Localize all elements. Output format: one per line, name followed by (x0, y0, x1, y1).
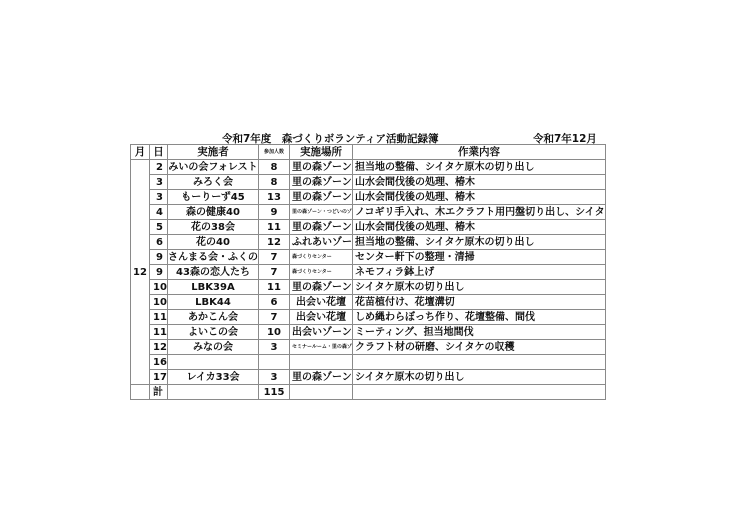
day-cell: 11 (150, 325, 168, 340)
table-row: 16 (131, 355, 606, 370)
work-cell: 花苗植付け、花壇溝切 (353, 295, 606, 310)
day-cell: 5 (150, 220, 168, 235)
table-row: 12みなの会3セミナールーム・里の森ゾーンクラフト材の研磨、シイタケの収穫 (131, 340, 606, 355)
participants-cell: 7 (259, 250, 290, 265)
month-cell: 12 (131, 160, 150, 385)
day-cell: 4 (150, 205, 168, 220)
participants-cell: 3 (259, 370, 290, 385)
work-cell: ネモフィラ鉢上げ (353, 265, 606, 280)
participants-cell (259, 355, 290, 370)
work-cell: センター軒下の整理・清掃 (353, 250, 606, 265)
participants-cell: 11 (259, 280, 290, 295)
location-cell: セミナールーム・里の森ゾーン (290, 340, 353, 355)
work-cell: 担当地の整備、シイタケ原木の切り出し (353, 160, 606, 175)
group-cell: もーりーず45 (168, 190, 259, 205)
col-day: 日 (150, 145, 168, 160)
participants-cell: 10 (259, 325, 290, 340)
day-cell: 16 (150, 355, 168, 370)
participants-cell: 13 (259, 190, 290, 205)
table-row: 11よいこの会10出会いゾーンミーティング、担当地間伐 (131, 325, 606, 340)
table-row: 6花の4012ふれあいゾーン担当地の整備、シイタケ原木の切り出し (131, 235, 606, 250)
work-cell: シイタケ原木の切り出し (353, 370, 606, 385)
table-row: 5花の38会11里の森ゾーン山水会間伐後の処理、椿木 (131, 220, 606, 235)
participants-cell: 7 (259, 265, 290, 280)
table-row: 17レイカ33会3里の森ゾーンシイタケ原木の切り出し (131, 370, 606, 385)
day-cell: 2 (150, 160, 168, 175)
total-location-cell (290, 385, 353, 400)
table-row: 122みいの会フォレスト8里の森ゾーン担当地の整備、シイタケ原木の切り出し (131, 160, 606, 175)
location-cell: 里の森ゾーン・つどいのゾーン (290, 205, 353, 220)
group-cell: よいこの会 (168, 325, 259, 340)
work-cell: 山水会間伐後の処理、椿木 (353, 220, 606, 235)
day-cell: 11 (150, 310, 168, 325)
location-cell: 森づくりセンター (290, 250, 353, 265)
location-cell: 出会い花壇 (290, 295, 353, 310)
day-cell: 10 (150, 280, 168, 295)
location-cell (290, 355, 353, 370)
group-cell: レイカ33会 (168, 370, 259, 385)
location-cell: 森づくりセンター (290, 265, 353, 280)
day-cell: 6 (150, 235, 168, 250)
day-cell: 12 (150, 340, 168, 355)
location-cell: 出会い花壇 (290, 310, 353, 325)
group-cell: 森の健康40 (168, 205, 259, 220)
day-cell: 9 (150, 265, 168, 280)
total-work-cell (353, 385, 606, 400)
day-cell: 17 (150, 370, 168, 385)
work-cell: しめ縄わらぼっち作り、花壇整備、間伐 (353, 310, 606, 325)
day-cell: 3 (150, 190, 168, 205)
group-cell: LBK39A (168, 280, 259, 295)
location-cell: 里の森ゾーン (290, 220, 353, 235)
group-cell: さんまる会・ふくの会 (168, 250, 259, 265)
location-cell: ふれあいゾーン (290, 235, 353, 250)
location-cell: 里の森ゾーン (290, 280, 353, 295)
location-cell: 里の森ゾーン (290, 175, 353, 190)
activity-log-table: 月 日 実施者 参加人数 実施場所 作業内容 122みいの会フォレスト8里の森ゾ… (130, 144, 606, 400)
table-row: 11あかこん会7出会い花壇しめ縄わらぼっち作り、花壇整備、間伐 (131, 310, 606, 325)
day-cell: 9 (150, 250, 168, 265)
day-cell: 3 (150, 175, 168, 190)
table-row: 9さんまる会・ふくの会7森づくりセンターセンター軒下の整理・清掃 (131, 250, 606, 265)
participants-cell: 7 (259, 310, 290, 325)
total-row: 計115 (131, 385, 606, 400)
table-row: 10LBK446出会い花壇花苗植付け、花壇溝切 (131, 295, 606, 310)
participants-cell: 3 (259, 340, 290, 355)
work-cell: 担当地の整備、シイタケ原木の切り出し (353, 235, 606, 250)
total-participants-cell: 115 (259, 385, 290, 400)
col-location: 実施場所 (290, 145, 353, 160)
work-cell (353, 355, 606, 370)
total-label-cell: 計 (150, 385, 168, 400)
col-work: 作業内容 (353, 145, 606, 160)
work-cell: 山水会間伐後の処理、椿木 (353, 175, 606, 190)
location-cell: 里の森ゾーン (290, 160, 353, 175)
work-cell: ノコギリ手入れ、木エクラフト用円盤切り出し、シイタケ管理 (353, 205, 606, 220)
total-group-cell (168, 385, 259, 400)
table-row: 943森の恋人たち7森づくりセンターネモフィラ鉢上げ (131, 265, 606, 280)
participants-cell: 11 (259, 220, 290, 235)
location-cell: 里の森ゾーン (290, 190, 353, 205)
work-cell: ミーティング、担当地間伐 (353, 325, 606, 340)
participants-cell: 8 (259, 160, 290, 175)
col-group: 実施者 (168, 145, 259, 160)
participants-cell: 8 (259, 175, 290, 190)
group-cell: あかこん会 (168, 310, 259, 325)
table-row: 4森の健康409里の森ゾーン・つどいのゾーンノコギリ手入れ、木エクラフト用円盤切… (131, 205, 606, 220)
participants-cell: 12 (259, 235, 290, 250)
table-row: 10LBK39A11里の森ゾーンシイタケ原木の切り出し (131, 280, 606, 295)
group-cell: LBK44 (168, 295, 259, 310)
location-cell: 里の森ゾーン (290, 370, 353, 385)
participants-cell: 6 (259, 295, 290, 310)
table-header-row: 月 日 実施者 参加人数 実施場所 作業内容 (131, 145, 606, 160)
participants-cell: 9 (259, 205, 290, 220)
work-cell: 山水会間伐後の処理、椿木 (353, 190, 606, 205)
group-cell: みいの会フォレスト (168, 160, 259, 175)
group-cell: 花の40 (168, 235, 259, 250)
col-participants: 参加人数 (259, 145, 290, 160)
work-cell: クラフト材の研磨、シイタケの収穫 (353, 340, 606, 355)
work-cell: シイタケ原木の切り出し (353, 280, 606, 295)
location-cell: 出会いゾーン (290, 325, 353, 340)
total-blank-cell (131, 385, 150, 400)
group-cell: 43森の恋人たち (168, 265, 259, 280)
group-cell: みろく会 (168, 175, 259, 190)
day-cell: 10 (150, 295, 168, 310)
table-row: 3みろく会8里の森ゾーン山水会間伐後の処理、椿木 (131, 175, 606, 190)
group-cell (168, 355, 259, 370)
group-cell: 花の38会 (168, 220, 259, 235)
group-cell: みなの会 (168, 340, 259, 355)
table-row: 3もーりーず4513里の森ゾーン山水会間伐後の処理、椿木 (131, 190, 606, 205)
col-month: 月 (131, 145, 150, 160)
